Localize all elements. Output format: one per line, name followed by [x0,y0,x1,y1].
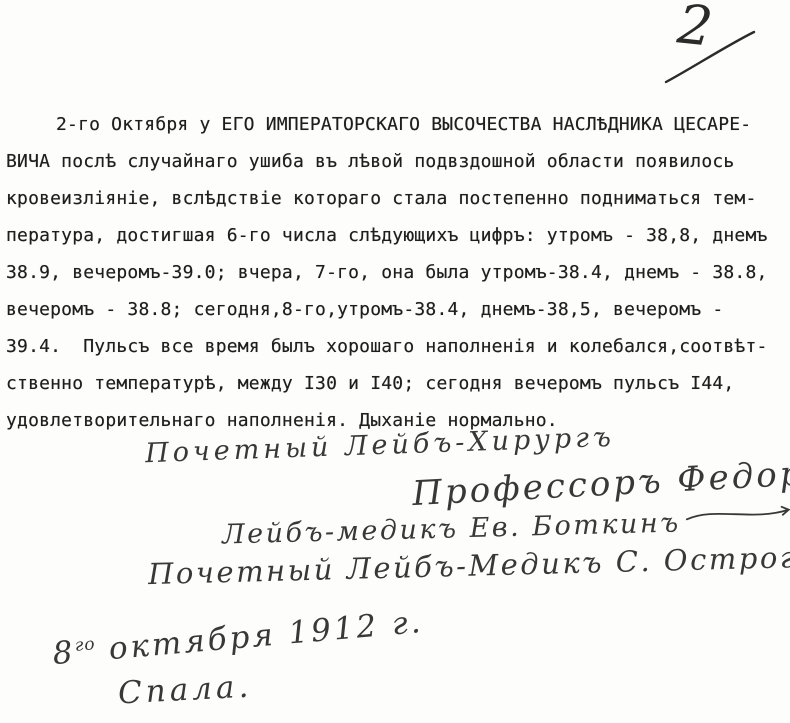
typed-line: 2-го Октября у ЕГО ИМПЕРАТОРСКАГО ВЫСОЧЕ… [6,106,786,143]
typed-line: ственно температурѣ, между І30 и І40; се… [6,365,786,402]
typed-line: вечеромъ - 38.8; сегодня,8-го,утромъ-38.… [6,291,786,328]
page-number-handwritten: 2 [675,0,716,59]
typed-line: кровеизліяніе, вслѣдствіе котораго стала… [6,180,786,217]
typed-line: ВИЧА послѣ случайнаго ушиба въ лѣвой под… [6,143,786,180]
date-handwritten: 8го октября 1912 г. [51,604,425,672]
signature-flourish-stroke [684,503,790,526]
date-rest: октября 1912 г. [107,604,424,667]
typed-line: 39.4. Пульсъ все время былъ хорошаго нап… [6,328,786,365]
date-day-suffix: го [74,634,96,656]
typed-line: 38.9, вечеромъ-39.0; вчера, 7-го, она бы… [6,254,786,291]
typed-bulletin-paragraph: 2-го Октября у ЕГО ИМПЕРАТОРСКАГО ВЫСОЧЕ… [6,106,786,439]
typed-line: пература, достигшая 6-го числа слѣдующих… [6,217,786,254]
place-handwritten: Спала. [117,669,253,712]
date-day: 8 [51,634,77,672]
document-page: 2 2-го Октября у ЕГО ИМПЕРАТОРСКАГО ВЫСО… [0,0,790,723]
